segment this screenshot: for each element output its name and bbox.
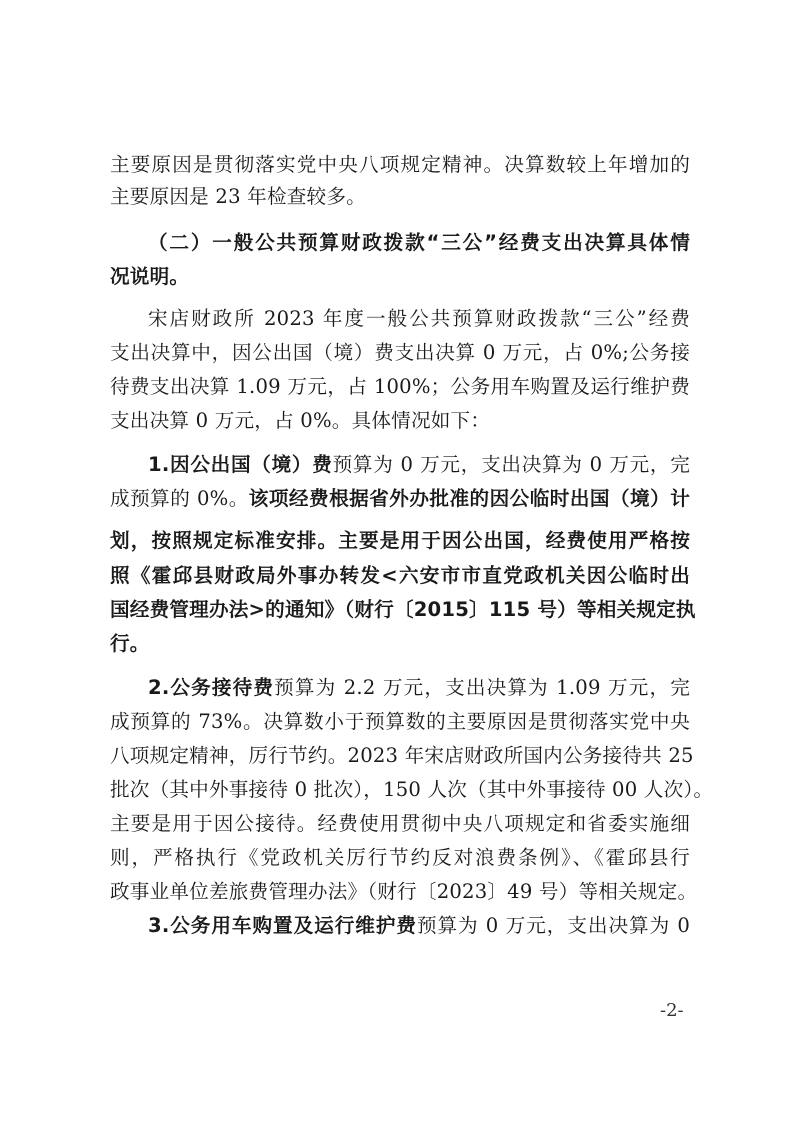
text-span: 主要原因是 23 年检查较多。 <box>110 185 366 208</box>
paragraph-line: 行。 <box>110 632 690 656</box>
bold-text-span: 行。 <box>110 632 150 655</box>
item-3-line: 3.公务用车购置及运行维护费预算为 0 万元，支出决算为 0 <box>148 914 690 938</box>
text-span: 预算为 0 万元，支出决算为 0 <box>417 914 690 937</box>
bold-text-span: 照《霍邱县财政局外事办转发<六安市市直党政机关因公临时出 <box>110 564 690 587</box>
text-span: 预算为 0 万元，支出决算为 0 万元，完 <box>333 453 690 476</box>
paragraph-line: 国经费管理办法>的通知》（财行〔2015〕115 号）等相关规定执 <box>110 598 690 622</box>
paragraph-line: 则，严格执行《党政机关厉行节约反对浪费条例》、《霍邱县行 <box>110 846 690 870</box>
text-span: 政事业单位差旅费管理办法》（财行〔2023〕49 号）等相关规定。 <box>110 880 697 903</box>
paragraph-line: 政事业单位差旅费管理办法》（财行〔2023〕49 号）等相关规定。 <box>110 880 690 904</box>
text-span: 则，严格执行《党政机关厉行节约反对浪费条例》、《霍邱县行 <box>110 846 690 869</box>
paragraph-line: 划，按照规定标准安排。主要是用于因公出国，经费使用严格按 <box>110 529 690 553</box>
paragraph-line: 宋店财政所 2023 年度一般公共预算财政拨款“三公”经费 <box>148 307 690 331</box>
paragraph-line: 支出决算 0 万元，占 0%。具体情况如下： <box>110 409 690 433</box>
text-span: 预算为 2.2 万元，支出决算为 1.09 万元，完 <box>274 676 690 699</box>
paragraph-line: 支出决算中，因公出国（境）费支出决算 0 万元，占 0%;公务接 <box>110 341 690 365</box>
text-span: 主要是用于因公接待。经费使用贯彻中央八项规定和省委实施细 <box>110 812 690 835</box>
paragraph-line: 主要是用于因公接待。经费使用贯彻中央八项规定和省委实施细 <box>110 812 690 836</box>
paragraph-line: 批次（其中外事接待 0 批次），150 人次（其中外事接待 00 人次）。 <box>110 778 690 802</box>
paragraph-line: 照《霍邱县财政局外事办转发<六安市市直党政机关因公临时出 <box>110 564 690 588</box>
bold-text-span: 划，按照规定标准安排。主要是用于因公出国，经费使用严格按 <box>110 529 690 552</box>
item-1-title: 1.因公出国（境）费 <box>148 453 333 476</box>
section-heading: （二）一般公共预算财政拨款“三公”经费支出决算具体情 <box>148 231 690 255</box>
text-span: 待费支出决算 1.09 万元，占 100%；公务用车购置及运行维护费 <box>110 375 690 398</box>
section-heading-cont: 况说明。 <box>110 265 690 289</box>
paragraph-line: 主要原因是 23 年检查较多。 <box>110 185 690 209</box>
bold-text-span: 国经费管理办法>的通知》（财行〔2015〕115 号）等相关规定执 <box>110 598 696 621</box>
text-span: 支出决算 0 万元，占 0%。具体情况如下： <box>110 409 490 432</box>
paragraph-line: 成预算的 73%。决算数小于预算数的主要原因是贯彻落实党中央 <box>110 710 690 734</box>
item-2-title: 2.公务接待费 <box>148 676 274 699</box>
item-2-line: 2.公务接待费预算为 2.2 万元，支出决算为 1.09 万元，完 <box>148 676 690 700</box>
text-span: 八项规定精神，厉行节约。2023 年宋店财政所国内公务接待共 25 <box>110 744 694 767</box>
paragraph-line: 成预算的 0%。该项经费根据省外办批准的因公临时出国（境）计 <box>110 487 690 511</box>
page-number: -2- <box>660 1000 684 1021</box>
paragraph-line: 主要原因是贯彻落实党中央八项规定精神。决算数较上年增加的 <box>110 153 690 177</box>
text-span: 宋店财政所 2023 年度一般公共预算财政拨款“三公”经费 <box>148 307 690 330</box>
text-span: 主要原因是贯彻落实党中央八项规定精神。决算数较上年增加的 <box>110 153 690 176</box>
heading-text: 况说明。 <box>110 265 189 288</box>
item-1-line: 1.因公出国（境）费预算为 0 万元，支出决算为 0 万元，完 <box>148 453 690 477</box>
text-span: 批次（其中外事接待 0 批次），150 人次（其中外事接待 00 人次）。 <box>110 778 713 801</box>
item-3-title: 3.公务用车购置及运行维护费 <box>148 914 417 937</box>
text-span: 成预算的 0%。 <box>110 487 249 510</box>
text-span: 支出决算中，因公出国（境）费支出决算 0 万元，占 0%;公务接 <box>110 341 690 364</box>
text-span: 成预算的 73%。决算数小于预算数的主要原因是贯彻落实党中央 <box>110 710 690 733</box>
paragraph-line: 待费支出决算 1.09 万元，占 100%；公务用车购置及运行维护费 <box>110 375 690 399</box>
paragraph-line: 八项规定精神，厉行节约。2023 年宋店财政所国内公务接待共 25 <box>110 744 690 768</box>
bold-text-span: 该项经费根据省外办批准的因公临时出国（境）计 <box>249 487 690 510</box>
document-page: 主要原因是贯彻落实党中央八项规定精神。决算数较上年增加的 主要原因是 23 年检… <box>0 0 793 1122</box>
heading-text: （二）一般公共预算财政拨款“三公”经费支出决算具体情 <box>148 231 690 254</box>
